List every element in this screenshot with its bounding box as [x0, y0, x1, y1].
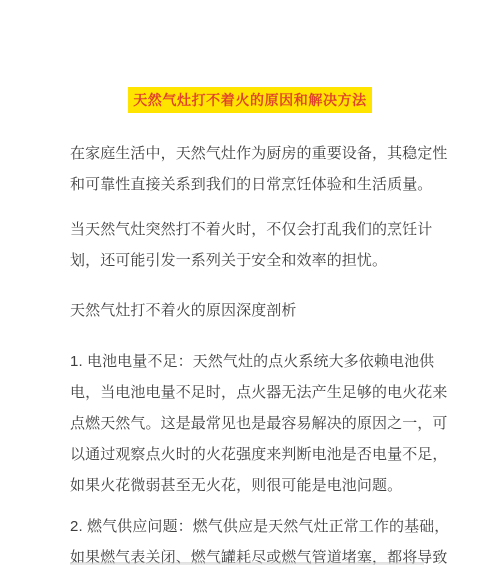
text-line: 1. 电池电量不足：天然气灶的点火系统大多依赖电池供 [70, 346, 434, 377]
text-line: 2. 燃气供应问题：燃气供应是天然气灶正常工作的基础， [70, 511, 434, 542]
text-line: 在家庭生活中，天然气灶作为厨房的重要设备，其稳定性 [70, 138, 434, 169]
article-page: 天然气灶打不着火的原因和解决方法 在家庭生活中，天然气灶作为厨房的重要设备，其稳… [0, 0, 500, 565]
cause-item-2: 2. 燃气供应问题：燃气供应是天然气灶正常工作的基础， 如果燃气表关闭、燃气罐耗… [70, 511, 434, 565]
article-body: 在家庭生活中，天然气灶作为厨房的重要设备，其稳定性 和可靠性直接关系到我们的日常… [0, 138, 500, 565]
article-title: 天然气灶打不着火的原因和解决方法 [128, 87, 372, 113]
intro-paragraph-1: 在家庭生活中，天然气灶作为厨房的重要设备，其稳定性 和可靠性直接关系到我们的日常… [70, 138, 434, 200]
section-heading: 天然气灶打不着火的原因深度剖析 [70, 295, 434, 326]
text-line: 以通过观察点火时的火花强度来判断电池是否电量不足， [70, 439, 434, 470]
text-line: 如果火花微弱甚至无火花，则很可能是电池问题。 [70, 470, 434, 501]
article-title-row: 天然气灶打不着火的原因和解决方法 [0, 87, 500, 113]
text-line: 和可靠性直接关系到我们的日常烹饪体验和生活质量。 [70, 169, 434, 200]
text-line: 电，当电池电量不足时，点火器无法产生足够的电火花来 [70, 377, 434, 408]
text-line: 划，还可能引发一系列关于安全和效率的担忧。 [70, 245, 434, 276]
text-line: 点燃天然气。这是最常见也是最容易解决的原因之一，可 [70, 408, 434, 439]
intro-paragraph-2: 当天然气灶突然打不着火时，不仅会打乱我们的烹饪计 划，还可能引发一系列关于安全和… [70, 214, 434, 276]
text-line: 当天然气灶突然打不着火时，不仅会打乱我们的烹饪计 [70, 214, 434, 245]
cause-item-1: 1. 电池电量不足：天然气灶的点火系统大多依赖电池供 电，当电池电量不足时，点火… [70, 346, 434, 501]
section-heading-text: 天然气灶打不着火的原因深度剖析 [70, 295, 434, 326]
